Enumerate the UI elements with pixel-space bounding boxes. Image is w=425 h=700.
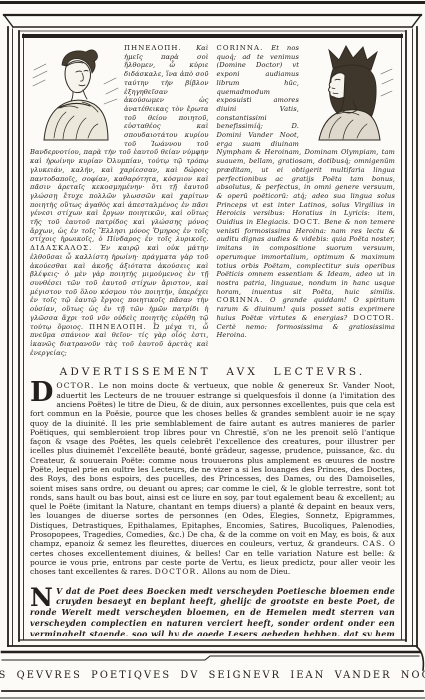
greek-passage-2: Ἐν καιρῷ καὶ οὐκ μάτην ἐλθοῦσαι ὦ καλλίσ… — [30, 244, 209, 330]
french-speaker-doctor-2: DOCTOR. — [155, 567, 200, 576]
page-content: ΠΗΝΕΛΟΠΗ. Καὶ ἡμεῖς παρὰ σοὶ ἤλθομεν, ὦ … — [30, 44, 395, 636]
french-speaker-cas: CAS. — [363, 539, 386, 548]
book-page: { "page": { "paper_color": "#fcfbf7", "i… — [0, 0, 425, 700]
latin-speaker-doct: DOCT. — [293, 218, 321, 226]
greek-dialogue-text: ΠΗΝΕΛΟΠΗ. Καὶ ἡμεῖς παρὰ σοὶ ἤλθομεν, ὦ … — [30, 44, 209, 357]
greek-speaker-didaskalos: ΔΙΔΑΣΚΑΛΟΣ. — [30, 244, 92, 252]
advertissement-body: D OCTOR. Le non moins docte & vertueux, … — [30, 381, 395, 576]
french-speaker-doctor-1: OCTOR. — [56, 381, 94, 390]
french-drop-cap: D — [30, 381, 56, 403]
latin-speaker-corinna-1: CORINNA. — [217, 44, 264, 52]
french-passage-3: Allons au nom de Dieu. — [202, 567, 290, 576]
latin-passage-2: Bene & non temere venisti formosissima H… — [217, 218, 396, 296]
french-passage-1: Le non moins docte & vertueux, que noble… — [30, 381, 395, 548]
latin-speaker-doctor: DOCTOR. — [353, 314, 395, 322]
greek-latin-dialogue: ΠΗΝΕΛΟΠΗ. Καὶ ἡμεῖς παρὰ σοὶ ἤλθομεν, ὦ … — [30, 44, 395, 357]
latin-column: CORINNA. Et nos quoq́; ad te venimus (Do… — [217, 44, 396, 357]
penelope-portrait-woodcut — [30, 44, 120, 145]
latin-dialogue-text: CORINNA. Et nos quoq́; ad te venimus (Do… — [217, 44, 396, 340]
corinna-portrait-woodcut — [303, 44, 395, 145]
latin-passage-4: Certè nemo: formosissima & gratiosissima… — [217, 323, 396, 340]
dutch-notice: N V dat de Poet dees Boecken medt versch… — [30, 587, 395, 636]
greek-speaker-penelope-1: ΠΗΝΕΛΟΠΗ. — [124, 44, 182, 52]
dutch-passage: V dat de Poet dees Boecken medt verschey… — [30, 587, 395, 636]
dutch-drop-cap: N — [30, 587, 56, 608]
running-title-caption: LES QEVVRES POETIQVES DV SEIGNEVR IEAN V… — [0, 661, 425, 689]
greek-column: ΠΗΝΕΛΟΠΗ. Καὶ ἡμεῖς παρὰ σοὶ ἤλθομεν, ὦ … — [30, 44, 209, 357]
latin-speaker-corinna-2: CORINNA. — [217, 296, 264, 304]
greek-speaker-penelope-2: ΠΗΝΕΛΟΠΗ. — [89, 323, 147, 331]
advertissement-heading: ADVERTISSEMENT AVX LECTEVRS. — [30, 366, 395, 378]
